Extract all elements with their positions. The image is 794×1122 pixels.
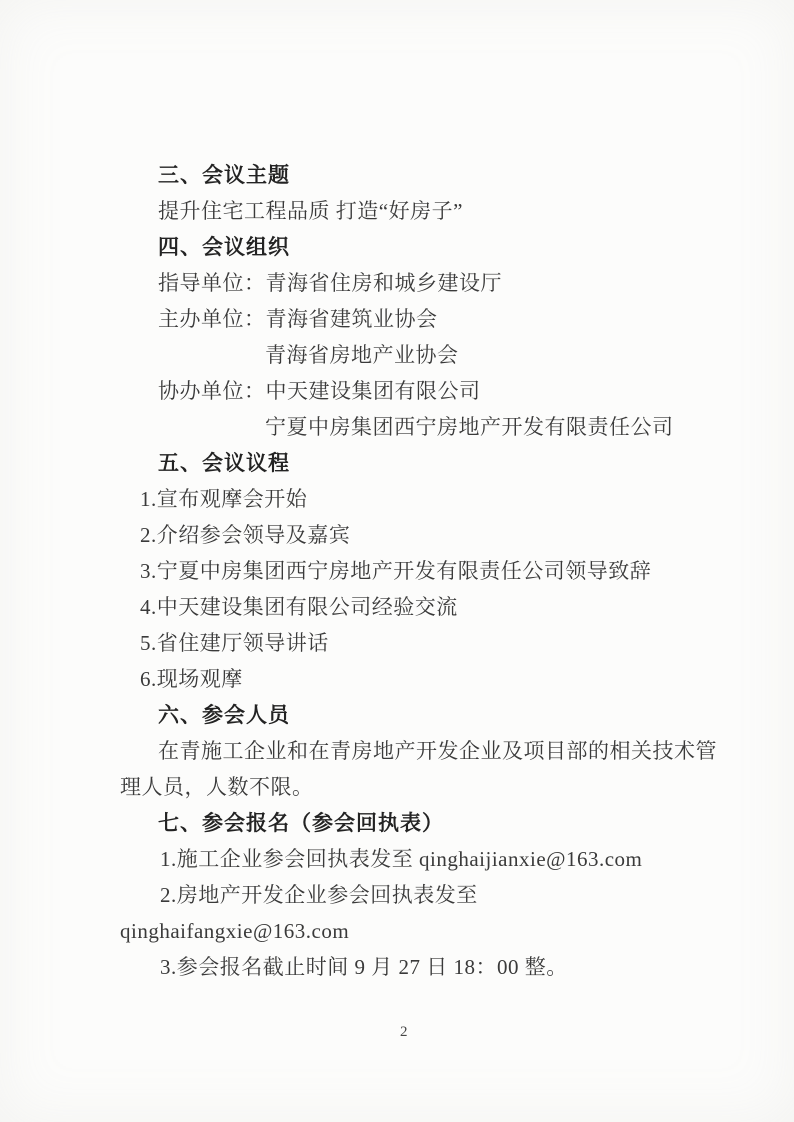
agenda-item-3: 3.宁夏中房集团西宁房地产开发有限责任公司领导致辞 [120, 553, 694, 589]
co-organizer-line: 协办单位：中天建设集团有限公司 [120, 373, 694, 409]
section-heading-participants: 六、参会人员 [120, 697, 694, 733]
agenda-item-1: 1.宣布观摩会开始 [120, 481, 694, 517]
agenda-item-5: 5.省住建厅领导讲话 [120, 625, 694, 661]
section-heading-meeting-agenda: 五、会议议程 [120, 445, 694, 481]
registration-item-1: 1.施工企业参会回执表发至 qinghaijianxie@163.com [120, 841, 694, 877]
participants-paragraph-line-1: 在青施工企业和在青房地产开发企业及项目部的相关技术管 [120, 733, 694, 769]
registration-item-3: 3.参会报名截止时间 9 月 27 日 18：00 整。 [120, 949, 694, 985]
agenda-item-2: 2.介绍参会领导及嘉宾 [120, 517, 694, 553]
section-heading-meeting-organization: 四、会议组织 [120, 229, 694, 265]
agenda-item-4: 4.中天建设集团有限公司经验交流 [120, 589, 694, 625]
agenda-item-6: 6.现场观摩 [120, 661, 694, 697]
document-body: 三、会议主题 提升住宅工程品质 打造“好房子” 四、会议组织 指导单位：青海省住… [120, 157, 694, 985]
page-number: 2 [400, 1022, 408, 1042]
registration-item-2-line-1: 2.房地产开发企业参会回执表发至 [120, 877, 694, 913]
guidance-unit-line: 指导单位：青海省住房和城乡建设厅 [120, 265, 694, 301]
registration-item-2-email: qinghaifangxie@163.com [120, 913, 694, 949]
participants-paragraph-line-2: 理人员，人数不限。 [120, 769, 694, 805]
meeting-theme-text: 提升住宅工程品质 打造“好房子” [120, 193, 694, 229]
document-page: 三、会议主题 提升住宅工程品质 打造“好房子” 四、会议组织 指导单位：青海省住… [0, 0, 794, 1122]
section-heading-registration: 七、参会报名（参会回执表） [120, 805, 694, 841]
co-organizer-line-2: 宁夏中房集团西宁房地产开发有限责任公司 [120, 409, 694, 445]
host-unit-line-2: 青海省房地产业协会 [120, 337, 694, 373]
host-unit-line: 主办单位：青海省建筑业协会 [120, 301, 694, 337]
section-heading-meeting-theme: 三、会议主题 [120, 157, 694, 193]
